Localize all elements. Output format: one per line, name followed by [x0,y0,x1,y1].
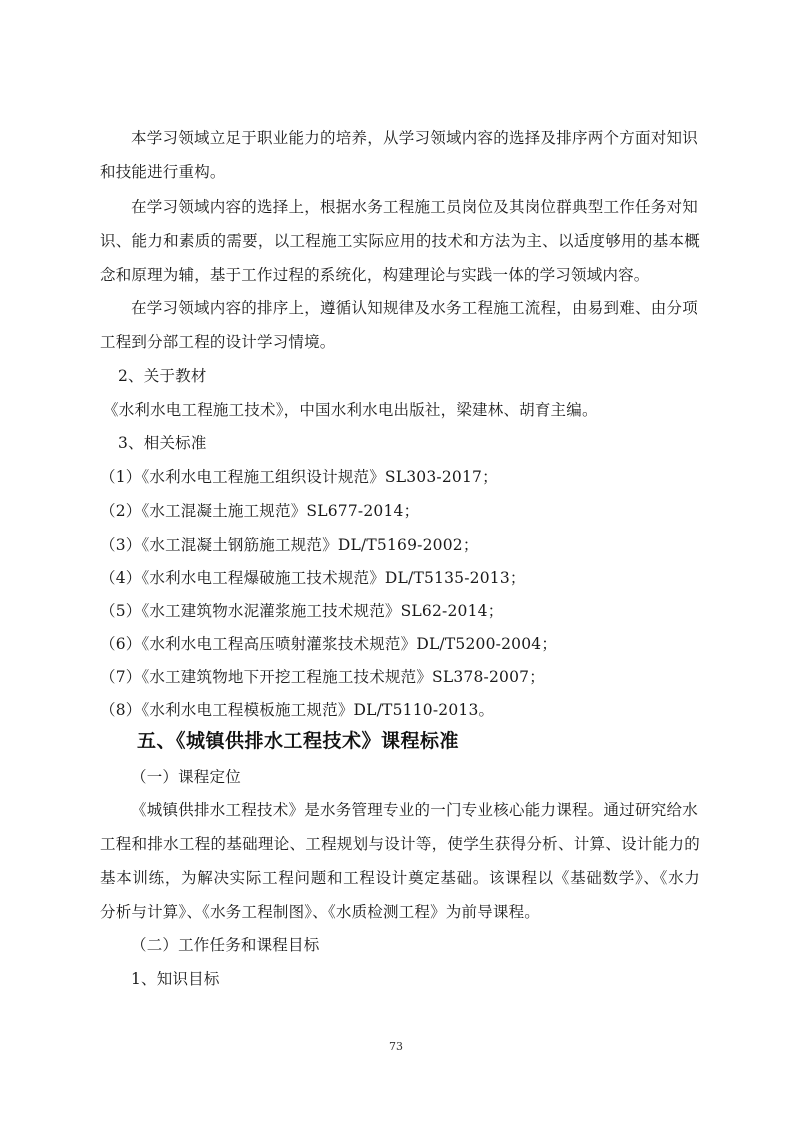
standard-item: （7）《水工建筑物地下开挖工程施工技术规范》SL378-2007； [100,667,700,687]
document-page: 本学习领域立足于职业能力的培养，从学习领域内容的选择及排序两个方面对知识 和技能… [0,0,792,1122]
paragraph-3-line-1: 在学习领域内容的排序上，遵循认知规律及水务工程施工流程，由易到难、由分项 [131,298,698,318]
standard-item: （1）《水利水电工程施工组织设计规范》SL303-2017； [100,467,700,487]
standard-item: （6）《水利水电工程高压喷射灌浆技术规范》DL/T5200-2004； [100,634,700,654]
subsection-1-heading: （一）课程定位 [131,767,731,787]
standard-item: （3）《水工混凝土钢筋施工规范》DL/T5169-2002； [100,535,700,555]
paragraph-1-line-1: 本学习领域立足于职业能力的培养，从学习领域内容的选择及排序两个方面对知识 [131,128,698,148]
standard-item: （4）《水利水电工程爆破施工技术规范》DL/T5135-2013； [100,568,700,588]
section-heading: 五、《城镇供排水工程技术》课程标准 [137,728,459,754]
paragraph-2-line-2: 识、能力和素质的需要，以工程施工实际应用的技术和方法为主、以适度够用的基本概 [100,231,700,251]
standard-item: （5）《水工建筑物水泥灌浆施工技术规范》SL62-2014； [100,601,700,621]
course-positioning-line-2: 工程和排水工程的基础理论、工程规划与设计等，使学生获得分析、计算、设计能力的 [100,834,700,854]
paragraph-2-line-1: 在学习领域内容的选择上，根据水务工程施工员岗位及其岗位群典型工作任务对知 [131,197,698,217]
paragraph-1-line-2: 和技能进行重构。 [100,162,700,182]
subsection-2-heading: （二）工作任务和课程目标 [131,935,731,955]
standard-item: （8）《水利水电工程模板施工规范》DL/T5110-2013。 [100,700,700,720]
course-positioning-line-3: 基本训练，为解决实际工程问题和工程设计奠定基础。该课程以《基础数学》、《水力 [100,868,700,888]
standard-item: （2）《水工混凝土施工规范》SL677-2014； [100,501,700,521]
paragraph-3-line-2: 工程到分部工程的设计学习情境。 [100,332,700,352]
course-positioning-line-4: 分析与计算》、《水务工程制图》、《水质检测工程》为前导课程。 [100,902,700,922]
course-positioning-line-1: 《城镇供排水工程技术》是水务管理专业的一门专业核心能力课程。通过研究给水 [131,800,698,820]
textbook-content: 《水利水电工程施工技术》，中国水利水电出版社，梁建林、胡育主编。 [103,400,703,420]
textbook-heading: 2、关于教材 [118,366,718,386]
standards-heading: 3、相关标准 [118,433,718,453]
knowledge-goal-heading: 1、知识目标 [131,969,731,989]
page-number: 73 [0,1040,792,1053]
paragraph-2-line-3: 念和原理为辅，基于工作过程的系统化，构建理论与实践一体的学习领域内容。 [100,265,700,285]
